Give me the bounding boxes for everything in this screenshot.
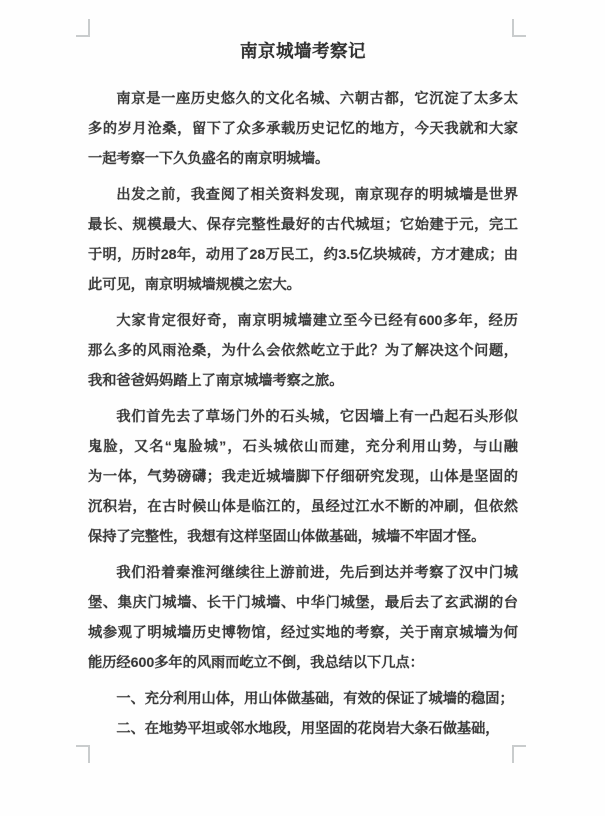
paragraph: 我们首先去了草场门外的石头城，它因墙上有一凸起石头形似 鬼脸，又名“鬼脸城”，石…	[88, 402, 518, 552]
text-line: 我们首先去了草场门外的石头城，它因墙上有一凸起石头形似	[88, 402, 518, 432]
document-title: 南京城墙考察记	[88, 40, 518, 62]
crop-mark-bottom-left-icon	[76, 745, 90, 763]
text-line: 那么多的风雨沧桑，为什么会依然屹立于此？为了解决这个问题，	[88, 336, 518, 366]
crop-mark-top-left-icon	[76, 19, 90, 37]
crop-mark-bottom-right-icon	[512, 745, 526, 763]
list-item: 一、充分利用山体，用山体做基础，有效的保证了城墙的稳固；	[88, 684, 518, 714]
text-line: 为一体，气势磅礴；我走近城墙脚下仔细研究发现，山体是坚固的	[88, 462, 518, 492]
list-item: 二、在地势平坦或邻水地段，用坚固的花岗岩大条石做基础，	[88, 714, 518, 744]
text-line: 此可见，南京明城墙规模之宏大。	[88, 270, 518, 300]
text-line: 南京是一座历史悠久的文化名城、六朝古都，它沉淀了太多太	[88, 84, 518, 114]
text-line: 大家肯定很好奇，南京明城墙建立至今已经有600多年，经历	[88, 306, 518, 336]
text-line: 最长、规模最大、保存完整性最好的古代城垣；它始建于元，完工	[88, 210, 518, 240]
text-line: 保持了完整性，我想有这样坚固山体做基础，城墙不牢固才怪。	[88, 522, 518, 552]
paragraph: 出发之前，我查阅了相关资料发现，南京现存的明城墙是世界 最长、规模最大、保存完整…	[88, 180, 518, 300]
text-line: 一起考察一下久负盛名的南京明城墙。	[88, 144, 518, 174]
document-body: 南京城墙考察记 南京是一座历史悠久的文化名城、六朝古都，它沉淀了太多太 多的岁月…	[88, 40, 518, 744]
document-page: 南京城墙考察记 南京是一座历史悠久的文化名城、六朝古都，它沉淀了太多太 多的岁月…	[0, 0, 605, 816]
text-line: 堡、集庆门城墙、长干门城墙、中华门城堡，最后去了玄武湖的台	[88, 588, 518, 618]
text-line: 城参观了明城墙历史博物馆，经过实地的考察，关于南京城墙为何	[88, 618, 518, 648]
text-line: 出发之前，我查阅了相关资料发现，南京现存的明城墙是世界	[88, 180, 518, 210]
paragraph: 我们沿着秦淮河继续往上游前进，先后到达并考察了汉中门城 堡、集庆门城墙、长干门城…	[88, 558, 518, 678]
text-line: 我们沿着秦淮河继续往上游前进，先后到达并考察了汉中门城	[88, 558, 518, 588]
conclusion-list: 一、充分利用山体，用山体做基础，有效的保证了城墙的稳固； 二、在地势平坦或邻水地…	[88, 684, 518, 744]
text-line: 多的岁月沧桑，留下了众多承载历史记忆的地方，今天我就和大家	[88, 114, 518, 144]
text-line: 沉积岩，在古时候山体是临江的，虽经过江水不断的冲刷，但依然	[88, 492, 518, 522]
text-line: 我和爸爸妈妈踏上了南京城墙考察之旅。	[88, 366, 518, 396]
crop-mark-top-right-icon	[512, 19, 526, 37]
text-line: 于明，历时28年，动用了28万民工，约3.5亿块城砖，方才建成；由	[88, 240, 518, 270]
paragraph: 南京是一座历史悠久的文化名城、六朝古都，它沉淀了太多太 多的岁月沧桑，留下了众多…	[88, 84, 518, 174]
text-line: 能历经600多年的风雨而屹立不倒，我总结以下几点：	[88, 648, 518, 678]
paragraph: 大家肯定很好奇，南京明城墙建立至今已经有600多年，经历 那么多的风雨沧桑，为什…	[88, 306, 518, 396]
text-line: 鬼脸，又名“鬼脸城”，石头城依山而建，充分利用山势，与山融	[88, 432, 518, 462]
